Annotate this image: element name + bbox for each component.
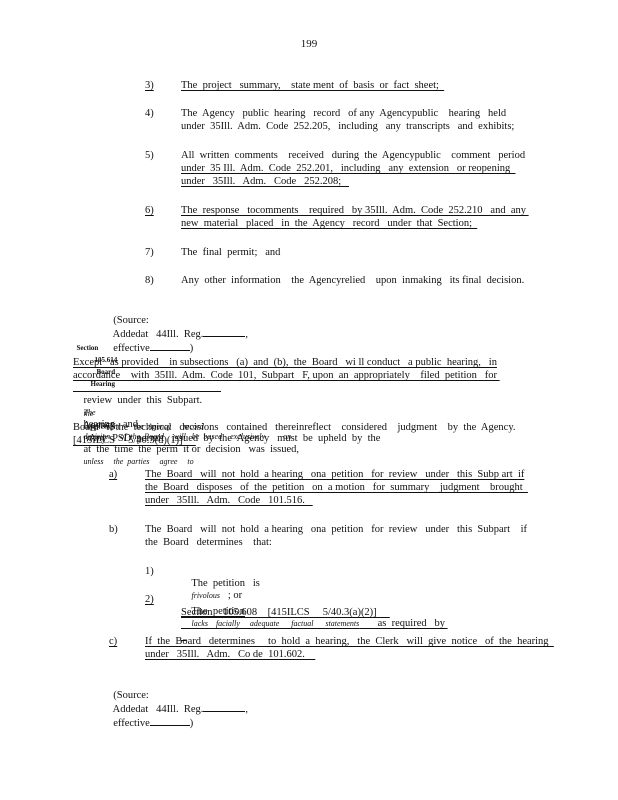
list-item-text: under 35Ill. Adm. Code 252.205, includin… [181, 121, 514, 133]
subsection-line: The Board will not hold a hearing ona pe… [145, 469, 524, 481]
comma: , [245, 704, 248, 715]
text: The petition is [191, 578, 260, 589]
list-item-text: under 35Ill. Adm. Code 252.208; [181, 176, 349, 188]
list-item-text: The final permit; and [181, 247, 280, 259]
subsection-label: a) [109, 469, 117, 480]
subsection-line: If the Board determines to hold a hearin… [145, 636, 554, 648]
item-text: Section 105.608 [415ILCS 5/40.3(a)(2)] [181, 607, 390, 619]
list-item-text: Any other information the Agencyrelied u… [181, 275, 524, 287]
source-effective: effective [113, 718, 150, 729]
paragraph-line: Board if the technical decisions contain… [73, 422, 516, 434]
source-prefix: (Source: [113, 315, 149, 326]
subsection-label: c) [109, 636, 117, 647]
close-paren: ) [190, 718, 194, 729]
list-item-number: 4) [145, 108, 154, 119]
list-item-text: All written comments received during the… [181, 150, 525, 162]
list-item-number: 8) [145, 275, 154, 286]
subsection-line: The Board will not hold a hearing ona pe… [145, 524, 527, 536]
subsection-line: the Board disposes of the petition on a … [145, 482, 528, 494]
paragraph-line: accordance with 35Ill. Adm. Code 101, Su… [73, 370, 500, 382]
source-prefix: (Source: [113, 690, 149, 701]
comma: , [245, 329, 248, 340]
subsection-line: under 35Ill. Adm. Code 101.516. [145, 495, 313, 507]
list-item-number: 6) [145, 205, 154, 216]
source-note: (Source: Addedat 44Ill. Reg., effective) [108, 678, 264, 730]
list-item-text: The project summary, state ment of basis… [181, 80, 444, 92]
list-item-text: new material placed in the Agency record… [181, 218, 477, 230]
blank-effective [150, 716, 190, 726]
list-item-number: 5) [145, 150, 154, 161]
subsection-line: the Board determines that: [145, 537, 272, 549]
statutory-italic-text: lacks facially adequate factual statemen… [192, 619, 360, 628]
statutory-citation: [415ILCS 5/40.3(d)(1)] [73, 435, 196, 447]
text: as required by [359, 618, 447, 629]
list-item-text: The response tocomments required by 35Il… [181, 205, 529, 217]
page-number: 199 [0, 38, 618, 50]
subsection-line: under 35Ill. Adm. Co de 101.602. [145, 649, 315, 661]
blank-reg [203, 702, 245, 712]
list-item-text: The Agency public hearing record of any … [181, 108, 506, 120]
paragraph-line: Except as provided in subsections (a) an… [73, 357, 497, 369]
section-label: Section [77, 344, 99, 352]
subsection-label: b) [109, 524, 118, 535]
statutory-italic-text: unless the parties agree to [84, 457, 194, 466]
item-number: 2) [145, 594, 154, 605]
list-item-number: 7) [145, 247, 154, 258]
source-added: Addedat 44Ill. Reg. [113, 704, 204, 715]
item-number: 1) [145, 566, 154, 577]
list-item-text: under 35 Ill. Adm. Code 252.201, includi… [181, 163, 516, 175]
list-item-number: 3) [145, 80, 154, 91]
